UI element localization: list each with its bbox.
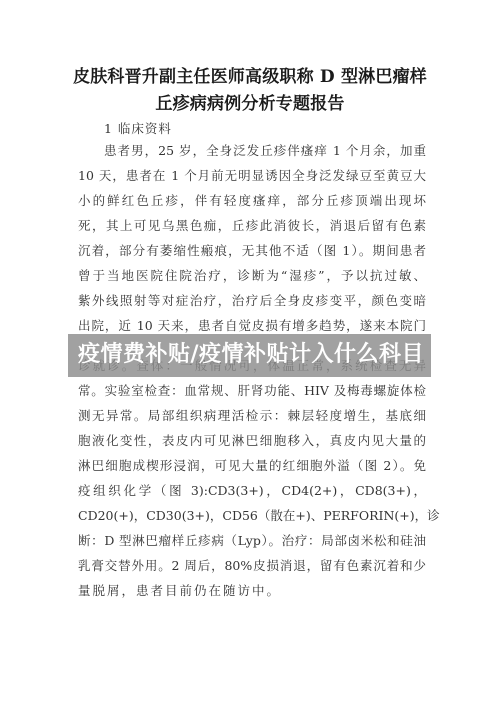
body-line: 疫组织化学（图 3):CD3(3+)，CD4(2+)，CD8(3+)， [78, 483, 426, 499]
body-line: 10 天，患者在 1 个月前无明显诱因全身泛发绿豆至黄豆大 [78, 168, 426, 184]
body-line: 出院，近 10 天来，患者自觉皮损有增多趋势，遂来本院门 [78, 318, 426, 334]
body-line: 常。实验室检查：血常规、肝肾功能、HIV 及梅毒螺旋体检 [78, 383, 426, 399]
document-title-line-1: 皮肤科晋升副主任医师高级职称 D 型淋巴瘤样 [60, 62, 440, 87]
overlay-banner-text: 疫情费补贴/疫情补贴计入什么科目 [78, 337, 424, 368]
section-heading-clinical-data: 1 临床资料 [104, 119, 172, 137]
document-title-line-2: 丘疹病病例分析专题报告 [60, 89, 440, 114]
body-line: 胞液化变性，表皮内可见淋巴细胞移入，真皮内见大量的 [78, 433, 426, 449]
body-line: CD20(+)，CD30(3+)，CD56（散在+)、PERFORIN(+)，诊 [78, 508, 426, 524]
body-line: 患者男，25 岁，全身泛发丘疹伴瘙痒 1 个月余，加重 [104, 143, 426, 159]
body-line: 淋巴细胞成楔形浸润，可见大量的红细胞外溢（图 2）。免 [78, 458, 426, 474]
body-line: 乳膏交替外用。2 周后，80%皮损消退，留有色素沉着和少 [78, 558, 426, 574]
body-line: 沉着，部分有萎缩性瘢痕，无其他不适（图 1）。期间患者 [78, 243, 426, 259]
body-line: 量脱屑，患者目前仍在随访中。 [78, 583, 426, 599]
body-line: 测无异常。局部组织病理活检示：棘层轻度增生，基底细 [78, 408, 426, 424]
body-line: 小的鲜红色丘疹，伴有轻度瘙痒，部分丘疹顶端出现坏 [78, 193, 426, 209]
body-line: 断：D 型淋巴瘤样丘疹病（Lyp）。治疗：局部卤米松和硅油 [78, 533, 426, 549]
body-line: 紫外线照射等对症治疗，治疗后全身皮疹变平，颜色变暗 [78, 293, 426, 309]
body-line: 曾于当地医院住院治疗，诊断为“湿疹”，予以抗过敏、 [78, 268, 426, 284]
body-line: 死，其上可见乌黑色痂，丘疹此消彼长，消退后留有色素 [78, 218, 426, 234]
